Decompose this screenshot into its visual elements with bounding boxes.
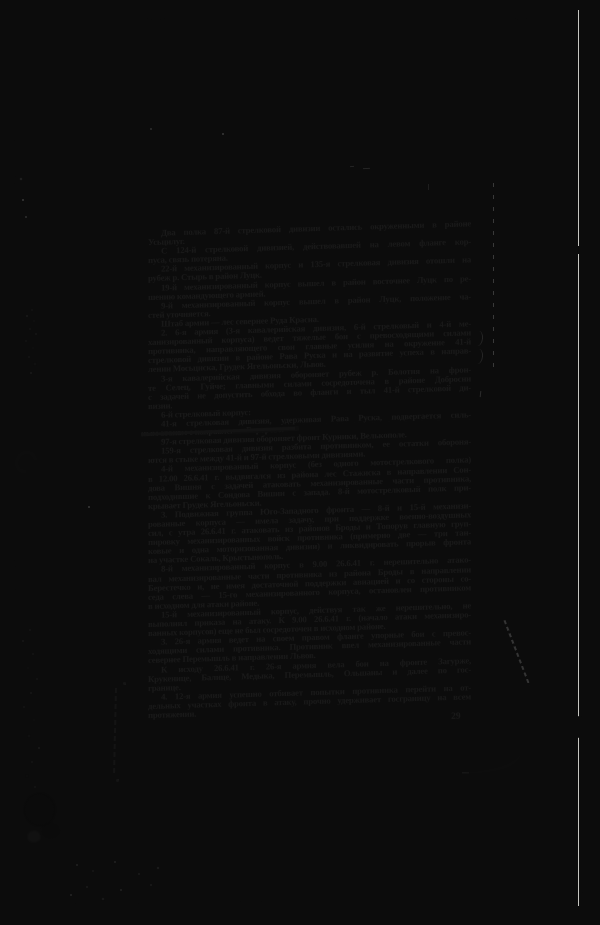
ink-speckle-cluster	[58, 42, 60, 44]
page-edge-shadow	[578, 10, 579, 906]
scan-border-right	[580, 8, 600, 925]
document-text: Два полка 87-й стрелковой дивизии остали…	[148, 219, 471, 731]
scanned-document-page: Два полка 87-й стрелковой дивизии остали…	[0, 0, 600, 925]
ragged-edge	[515, 14, 527, 20]
scan-border-left	[0, 0, 13, 925]
ragged-edge	[66, 14, 96, 18]
ragged-edge	[11, 840, 17, 900]
ragged-edge	[146, 13, 166, 20]
margin-dash-line	[493, 183, 494, 369]
dashed-fold-line	[113, 688, 117, 776]
ink-speckle-cluster	[24, 620, 26, 622]
ragged-edge	[240, 899, 262, 907]
margin-squiggle-mark	[475, 349, 484, 365]
ragged-edge	[335, 902, 425, 907]
ink-speck	[428, 184, 429, 190]
ragged-edge	[12, 140, 16, 184]
ink-speck	[350, 166, 354, 167]
ragged-edge	[12, 560, 16, 596]
diagonal-squiggle-mark	[504, 620, 531, 686]
ink-speck	[576, 246, 581, 254]
ink-speck	[123, 682, 126, 685]
ink-speckle-cluster	[62, 858, 64, 860]
scan-border-top	[0, 0, 600, 15]
ink-blob	[573, 716, 586, 738]
ragged-edge	[12, 300, 15, 360]
crescent-ink-mark	[10, 446, 42, 478]
ink-speckle-cluster	[28, 302, 30, 304]
ragged-edge	[543, 891, 589, 907]
margin-squiggle-mark	[479, 391, 482, 397]
ragged-edge	[283, 14, 317, 20]
margin-squiggle-mark	[475, 331, 484, 347]
ragged-edge	[398, 13, 414, 18]
ragged-edge	[175, 897, 209, 907]
ink-speck	[363, 168, 370, 170]
ink-blob	[15, 784, 71, 851]
ragged-edge	[222, 14, 248, 22]
scan-border-bottom	[0, 905, 600, 925]
ink-speck	[116, 779, 119, 782]
ragged-edge	[75, 900, 139, 908]
pen-swoosh-mark	[462, 750, 526, 780]
ragged-edge	[449, 14, 491, 18]
